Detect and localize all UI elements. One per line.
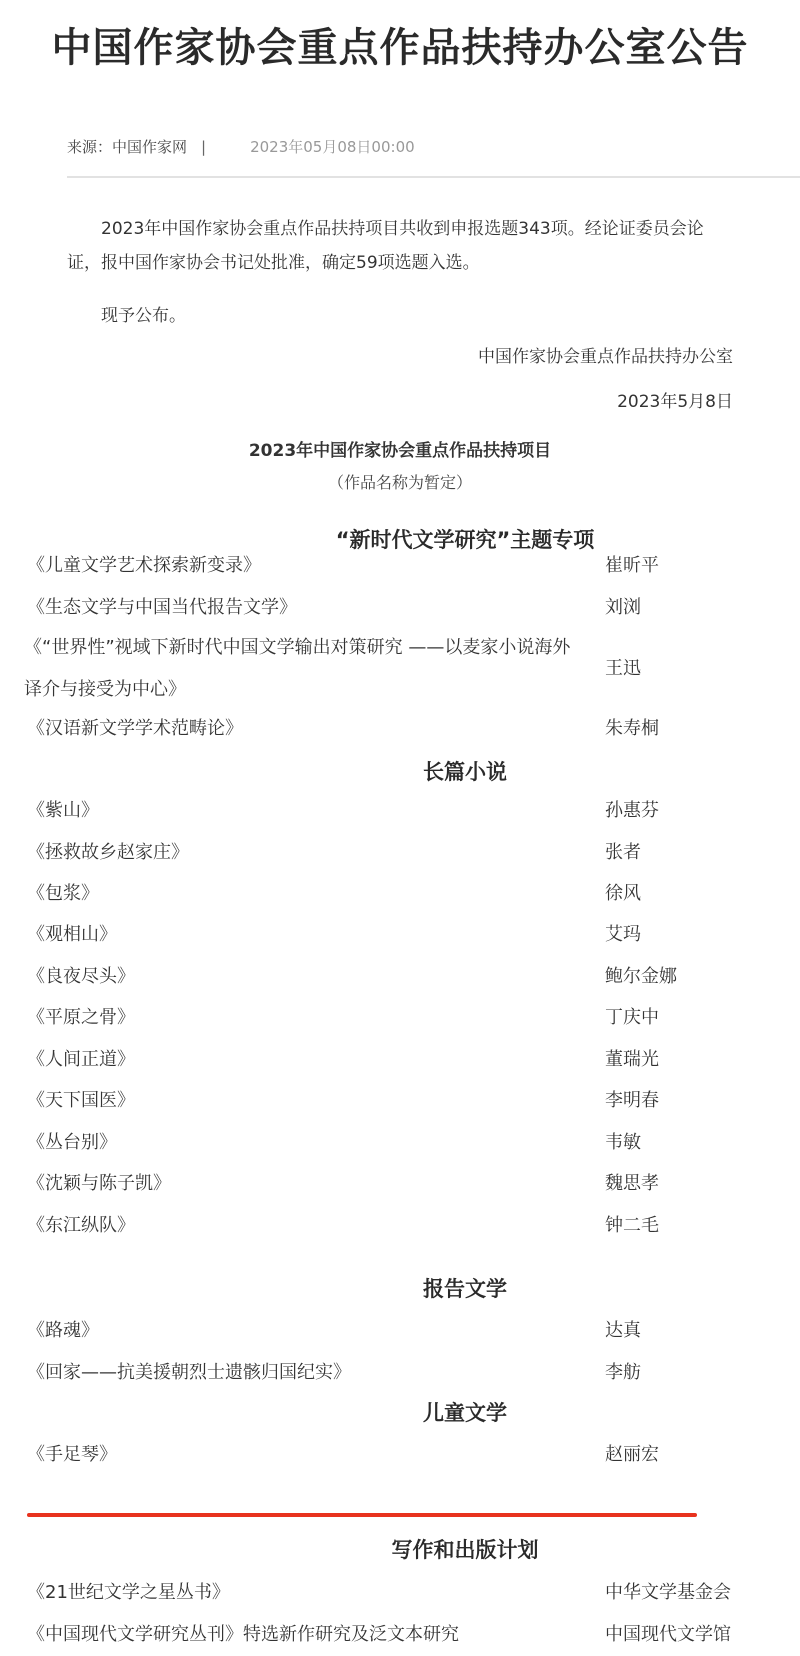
work-title: 《“世界性”视域下新时代中国文学输出对策研究 ——以麦家小说海外译介与接受为中心… xyxy=(24,627,576,711)
list-note: （作品名称为暂定） xyxy=(0,470,800,493)
work-author: 李舫 xyxy=(605,1352,641,1394)
signature-org: 中国作家协会重点作品扶持办公室 xyxy=(478,340,733,374)
article-meta: 来源：中国作家网 | 2023年05月08日00:00 xyxy=(67,136,415,158)
meta-separator: | xyxy=(201,136,206,158)
work-title: 《回家——抗美援朝烈士遗骸归国纪实》 xyxy=(27,1352,587,1394)
work-author: 钟二毛 xyxy=(605,1205,659,1247)
section-heading-childrens-literature: 儿童文学 xyxy=(0,1397,800,1427)
work-author: 李明春 xyxy=(605,1080,659,1122)
work-author: 中华文学基金会 xyxy=(605,1572,731,1614)
publish-date: 2023年05月08日00:00 xyxy=(250,136,415,158)
header-divider xyxy=(67,176,800,178)
announce-paragraph: 现予公布。 xyxy=(101,299,771,333)
work-author: 孙惠芬 xyxy=(605,790,659,832)
work-author: 张者 xyxy=(605,832,641,874)
work-author: 朱寿桐 xyxy=(605,708,659,750)
work-author: 王迅 xyxy=(605,648,641,690)
work-author: 刘浏 xyxy=(605,587,641,629)
article-title: 中国作家协会重点作品扶持办公室公告 xyxy=(0,18,800,78)
work-author: 崔昕平 xyxy=(605,545,659,587)
section-heading-reportage: 报告文学 xyxy=(0,1273,800,1303)
signature-date: 2023年5月8日 xyxy=(617,385,733,419)
work-title: 《路魂》 xyxy=(27,1310,587,1352)
work-author: 达真 xyxy=(605,1310,641,1352)
source-label: 来源：中国作家网 xyxy=(67,136,187,158)
work-title: 《21世纪文学之星丛书》 xyxy=(27,1572,587,1614)
work-author: 鲍尔金娜 xyxy=(605,956,677,998)
highlight-underline xyxy=(27,1513,697,1517)
section-heading-writing-publishing-plans: 写作和出版计划 xyxy=(0,1534,800,1564)
work-title: 《手足琴》 xyxy=(27,1434,587,1476)
work-title: 《汉语新文学学术范畴论》 xyxy=(27,708,587,750)
list-title: 2023年中国作家协会重点作品扶持项目 xyxy=(0,436,800,461)
work-author: 丁庆中 xyxy=(605,997,659,1039)
intro-paragraph: 2023年中国作家协会重点作品扶持项目共收到申报选题343项。经论证委员会论证，… xyxy=(67,212,737,280)
work-title: 《生态文学与中国当代报告文学》 xyxy=(27,587,587,629)
work-title: 《良夜尽头》 xyxy=(27,956,587,998)
work-title: 《平原之骨》 xyxy=(27,997,587,1039)
work-author: 徐风 xyxy=(605,873,641,915)
work-author: 董瑞光 xyxy=(605,1039,659,1081)
section-heading-novels: 长篇小说 xyxy=(0,756,800,786)
work-title: 《儿童文学艺术探索新变录》 xyxy=(27,545,587,587)
work-title: 《丛台别》 xyxy=(27,1122,587,1164)
work-title: 《拯救故乡赵家庄》 xyxy=(27,832,587,874)
work-title: 《人间正道》 xyxy=(27,1039,587,1081)
work-title: 《紫山》 xyxy=(27,790,587,832)
work-title: 《观相山》 xyxy=(27,914,587,956)
work-title: 《天下国医》 xyxy=(27,1080,587,1122)
work-title: 《沈颖与陈子凯》 xyxy=(27,1163,587,1205)
work-author: 艾玛 xyxy=(605,914,641,956)
work-title: 《中国现代文学研究丛刊》特选新作研究及泛文本研究 xyxy=(27,1614,587,1656)
work-author: 赵丽宏 xyxy=(605,1434,659,1476)
work-title: 《包浆》 xyxy=(27,873,587,915)
work-author: 韦敏 xyxy=(605,1122,641,1164)
work-author: 中国现代文学馆 xyxy=(605,1614,731,1656)
work-author: 魏思孝 xyxy=(605,1163,659,1205)
work-title: 《东江纵队》 xyxy=(27,1205,587,1247)
